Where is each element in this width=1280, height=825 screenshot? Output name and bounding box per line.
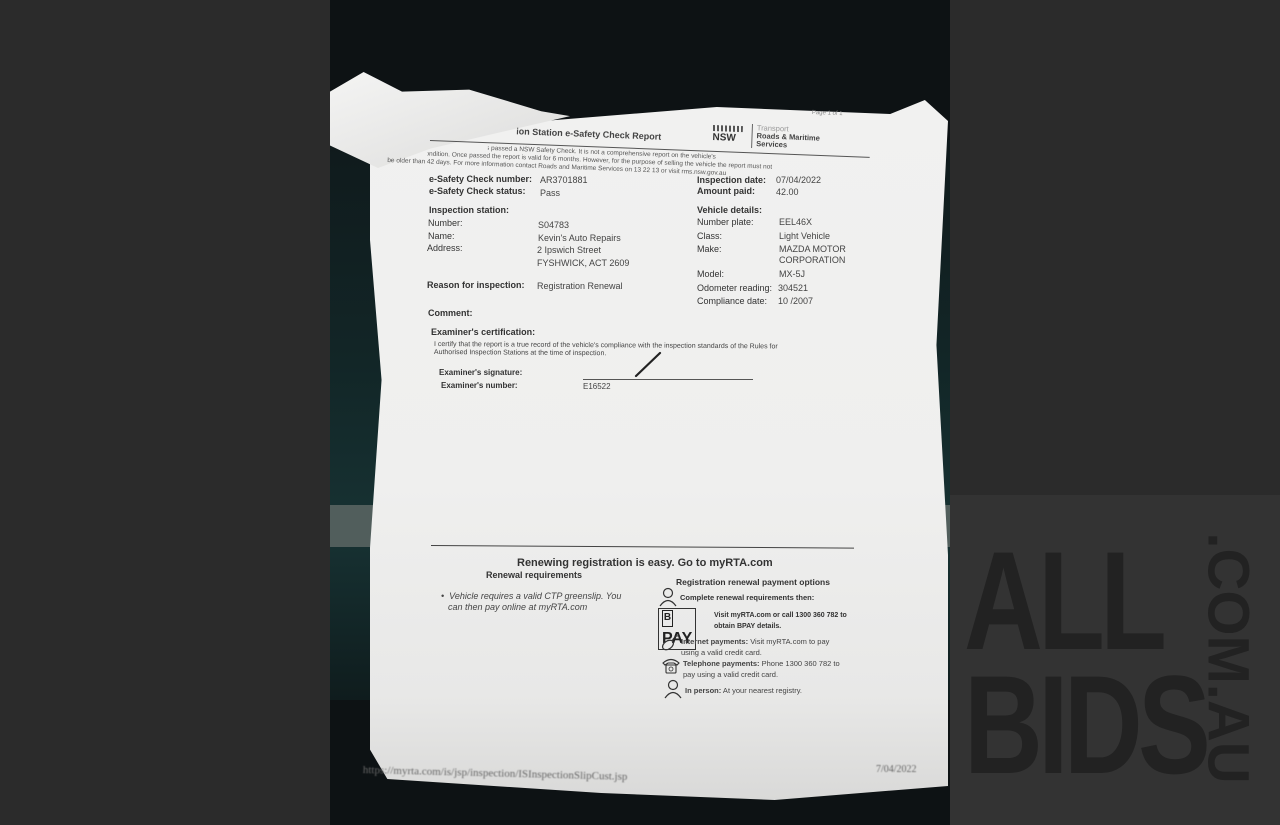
certification-text: I certify that the report is a true reco… <box>434 341 778 359</box>
renewal-headline: Renewing registration is easy. Go to myR… <box>517 557 773 569</box>
telephone-icon <box>661 656 681 674</box>
option-telephone: Telephone payments: Phone 1300 360 782 t… <box>683 658 840 680</box>
nsw-wordmark: NSW <box>712 132 742 144</box>
class-label: Class: <box>697 231 722 241</box>
background-panel <box>950 0 1280 495</box>
watermark-domain-text: .COM.AU <box>1195 532 1262 783</box>
reason-label: Reason for inspection: <box>427 280 525 290</box>
payment-options-heading: Registration renewal payment options <box>676 577 830 587</box>
in-person-label: In person: <box>685 686 721 695</box>
footer-date: 7/04/2022 <box>876 764 917 775</box>
make-label: Make: <box>697 244 722 254</box>
internet-line-1: Visit myRTA.com to pay <box>748 637 829 646</box>
examiner-number-label: Examiner's number: <box>441 381 518 390</box>
option-internet: Internet payments: Visit myRTA.com to pa… <box>681 636 829 658</box>
in-person-text: At your nearest registry. <box>721 686 802 695</box>
inspection-date-label: Inspection date: <box>697 175 766 185</box>
make-line2: CORPORATION <box>779 255 845 265</box>
model-label: Model: <box>697 269 724 279</box>
station-address-label: Address: <box>427 243 463 253</box>
page-number: Page 1 of 1 <box>812 110 843 117</box>
compliance-label: Compliance date: <box>697 296 767 306</box>
amount-paid: 42.00 <box>776 187 799 197</box>
requirement-line-1: Vehicle requires a valid CTP greenslip. … <box>449 591 621 601</box>
check-number: AR3701881 <box>540 175 588 185</box>
telephone-line-1: Phone 1300 360 782 to <box>760 659 840 668</box>
watermark-bids: BIDS <box>964 655 1206 795</box>
check-status: Pass <box>540 188 560 198</box>
examiner-number: E16522 <box>583 382 611 391</box>
station-heading: Inspection station: <box>429 205 509 215</box>
vehicle-heading: Vehicle details: <box>697 205 762 215</box>
check-number-label: e-Safety Check number: <box>429 174 532 184</box>
bpay-mark: B <box>662 610 673 627</box>
vehicle-model: MX-5J <box>779 269 805 279</box>
waratah-icon <box>713 125 743 132</box>
allbids-watermark: ALL BIDS .COM.AU <box>950 495 1280 825</box>
station-name-label: Name: <box>428 231 455 241</box>
person-icon <box>658 587 678 607</box>
person-icon <box>663 679 683 699</box>
amount-paid-label: Amount paid: <box>697 186 755 196</box>
plate-label: Number plate: <box>697 217 754 227</box>
comment-label: Comment: <box>428 308 473 318</box>
nsw-logo: NSW <box>712 125 743 144</box>
odometer-reading: 304521 <box>778 283 808 293</box>
station-address-line1: 2 Ipswich Street <box>537 245 601 255</box>
inspection-date: 07/04/2022 <box>776 175 821 185</box>
make-line1: MAZDA MOTOR <box>779 244 846 254</box>
telephone-line-2: pay using a valid credit card. <box>683 669 840 680</box>
requirement-line-2: can then pay online at myRTA.com <box>441 602 621 613</box>
vehicle-class: Light Vehicle <box>779 231 830 241</box>
requirement-item: • Vehicle requires a valid CTP greenslip… <box>441 591 621 613</box>
option-in-person: In person: At your nearest registry. <box>685 686 802 695</box>
mouse-icon <box>660 633 680 651</box>
reason-value: Registration Renewal <box>537 281 623 291</box>
certification-heading: Examiner's certification: <box>431 327 535 337</box>
option-complete-requirements: Complete renewal requirements then: <box>680 593 814 602</box>
requirements-heading: Renewal requirements <box>486 570 582 580</box>
internet-label: Internet payments: <box>681 637 748 646</box>
signature-mark <box>632 350 664 378</box>
check-status-label: e-Safety Check status: <box>429 186 526 196</box>
internet-line-2: using a valid credit card. <box>681 647 829 658</box>
odometer-label: Odometer reading: <box>697 283 772 293</box>
telephone-label: Telephone payments: <box>683 659 760 668</box>
watermark-domain: .COM.AU <box>1188 543 1268 773</box>
signature-line <box>583 379 753 380</box>
rms-logo: Transport Roads & Maritime Services <box>751 124 820 151</box>
station-number-label: Number: <box>428 218 463 228</box>
bpay-line-1: Visit myRTA.com or call 1300 360 782 to <box>714 610 847 621</box>
compliance-date: 10 /2007 <box>778 296 813 306</box>
bullet-icon: • <box>441 591 449 601</box>
station-number: S04783 <box>538 220 569 230</box>
number-plate: EEL46X <box>779 217 812 227</box>
bpay-line-2: obtain BPAY details. <box>714 621 847 632</box>
signature-label: Examiner's signature: <box>439 368 522 377</box>
option-bpay: Visit myRTA.com or call 1300 360 782 to … <box>714 610 847 632</box>
station-name: Kevin's Auto Repairs <box>538 233 621 243</box>
station-address-line2: FYSHWICK, ACT 2609 <box>537 258 629 268</box>
